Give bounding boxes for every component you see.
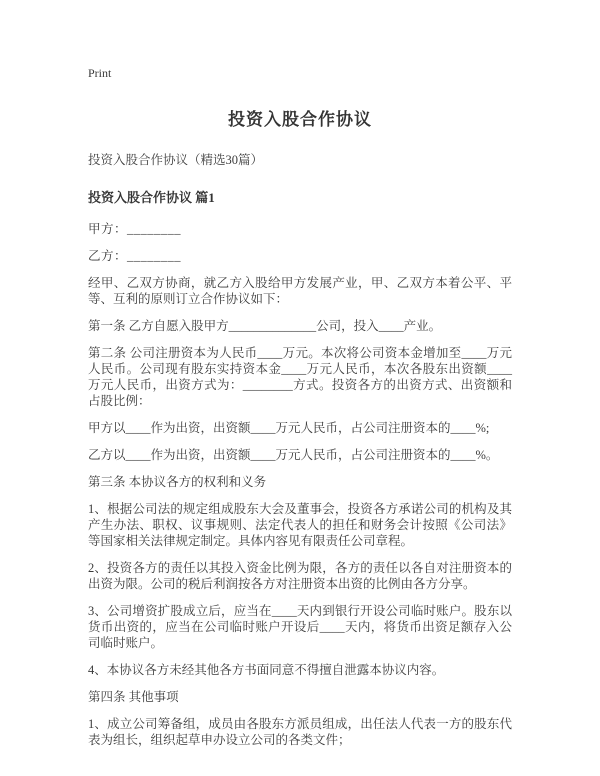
print-link[interactable]: Print xyxy=(88,66,111,81)
contribution-party-a: 甲方以____作为出资，出资额____万元人民币，占公司注册资本的____%; xyxy=(88,420,512,436)
clause-3-item-4: 4、本协议各方未经其他各方书面同意不得擅自泄露本协议内容。 xyxy=(88,662,512,678)
section-heading-part1: 投资入股合作协议 篇1 xyxy=(88,187,512,206)
document-subtitle: 投资入股合作协议（精选30篇） xyxy=(88,150,512,168)
clause-2: 第二条 公司注册资本为人民币____万元。本次将公司资本金增加至____万元人民… xyxy=(88,345,512,409)
party-a-line: 甲方：________ xyxy=(88,221,512,237)
clause-4-item-1: 1、成立公司筹备组，成员由各股东方派员组成，出任法人代表一方的股东代表为组长，组… xyxy=(88,716,512,748)
document-page: Print 投资入股合作协议 投资入股合作协议（精选30篇） 投资入股合作协议 … xyxy=(0,0,600,776)
party-b-line: 乙方：________ xyxy=(88,248,512,264)
clause-3-item-1: 1、根据公司法的规定组成股东大会及董事会，投资各方承诺公司的机构及其产生办法、职… xyxy=(88,501,512,549)
contribution-party-b: 乙方以____作为出资，出资额____万元人民币，占公司注册资本的____%。 xyxy=(88,447,512,463)
document-title: 投资入股合作协议 xyxy=(88,105,512,130)
clause-3-item-3: 3、公司增资扩股成立后，应当在____天内到银行开设公司临时账户。股东以货币出资… xyxy=(88,603,512,651)
clause-3-item-2: 2、投资各方的责任以其投入资金比例为限，各方的责任以各自对注册资本的出资为限。公… xyxy=(88,560,512,592)
intro-paragraph: 经甲、乙双方协商，就乙方入股给甲方发展产业，甲、乙双方本着公平、平等、互利的原则… xyxy=(88,275,512,307)
clause-1: 第一条 乙方自愿入股甲方______________公司，投入____产业。 xyxy=(88,318,512,334)
clause-3-heading: 第三条 本协议各方的权利和义务 xyxy=(88,474,512,490)
clause-4-heading: 第四条 其他事项 xyxy=(88,689,512,705)
